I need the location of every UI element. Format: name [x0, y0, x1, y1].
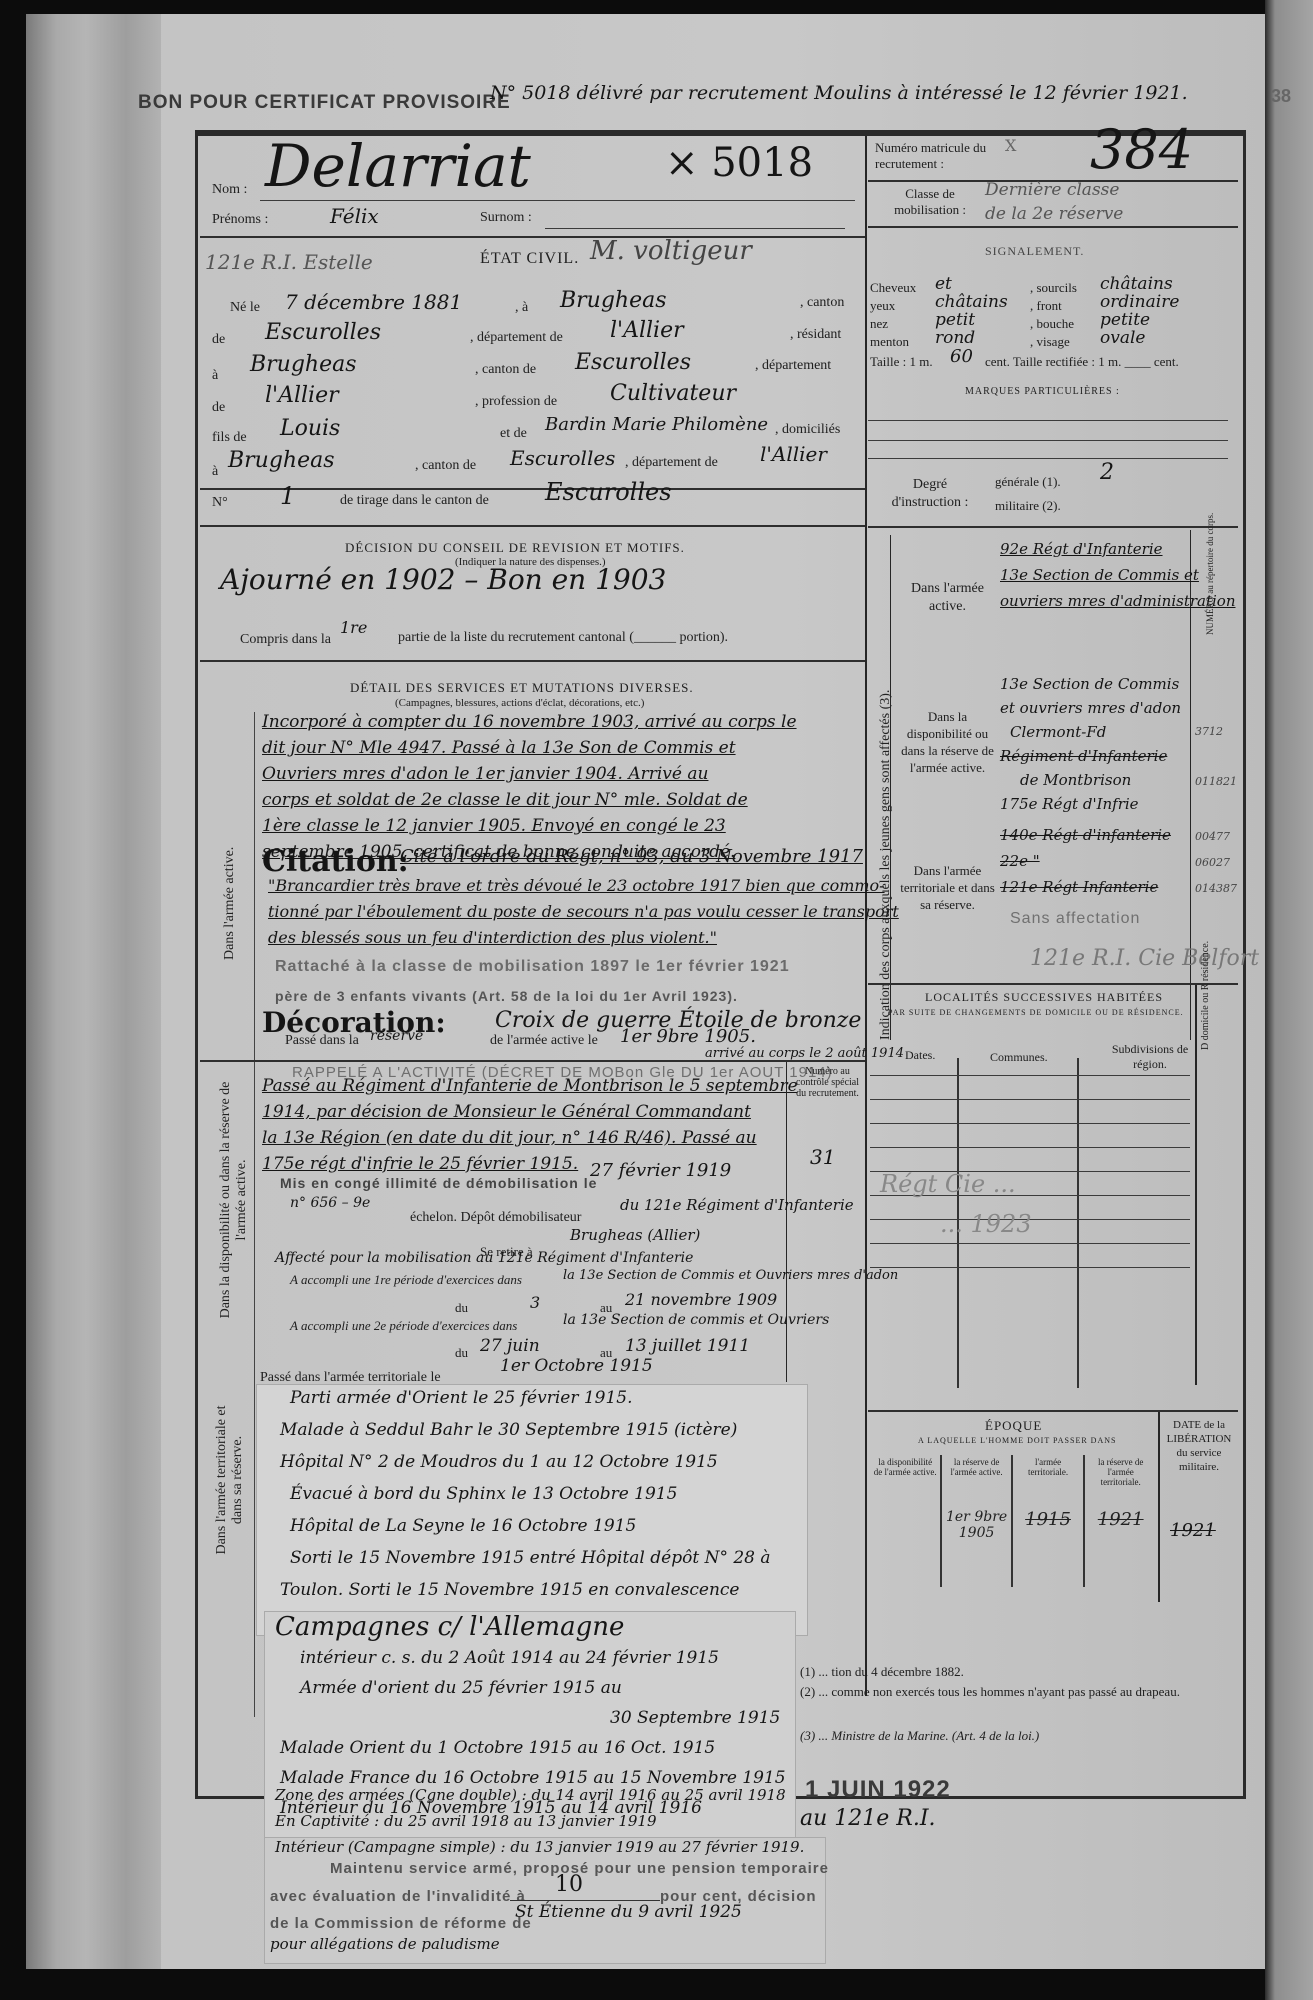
signalement-title: SIGNALEMENT.: [985, 244, 1084, 259]
periode1-du-label: du: [455, 1300, 468, 1316]
side-label-territoriale: Dans l'armée territoriale et dans sa rés…: [214, 1400, 246, 1560]
pension-line3-label: de la Commission de réforme de: [270, 1915, 532, 1932]
passe-label: Passé dans la: [285, 1033, 359, 1049]
compris-value: 1re: [340, 618, 367, 637]
campagne-captivite-line: En Captivité : du 25 avril 1918 au 13 ja…: [275, 1812, 657, 1830]
citation-line: des blessés sous un feu d'interdiction d…: [268, 928, 717, 947]
service-line: 1ère classe le 12 janvier 1905. Envoyé e…: [262, 816, 726, 836]
affectation-disponibilite-line: Clermont-Fd: [1010, 723, 1106, 741]
nom-value: Delarriat: [265, 132, 531, 200]
parents-canton-label: , canton de: [415, 458, 476, 474]
identity-divider: [200, 236, 865, 238]
instruction-generale-label: générale (1).: [995, 474, 1061, 490]
liberation-value: 1921: [1170, 1520, 1216, 1541]
services-divider: [200, 1060, 865, 1062]
matricule-value: 384: [1090, 118, 1193, 181]
etat-civil-note: M. voltigeur: [590, 236, 752, 266]
periode1-au: 21 novembre 1909: [625, 1290, 777, 1309]
tirage-no-label: N°: [212, 495, 228, 511]
yeux-value: châtains: [935, 292, 1008, 312]
instruction-militaire-label: militaire (2).: [995, 498, 1061, 514]
taille-value: 60: [950, 346, 973, 367]
residence-canton-label: , canton de: [475, 362, 536, 378]
father-name: Louis: [280, 416, 340, 441]
residant-label: , résidant: [790, 327, 841, 343]
campagne-captivite-line: Zone des armées (Cgne double) : du 14 av…: [275, 1786, 786, 1804]
pension-commission: St Étienne du 9 avril 1925: [515, 1902, 742, 1922]
pere-enfants-stamp: père de 3 enfants vivants (Art. 58 de la…: [275, 988, 738, 1004]
localites-col-dr: D domicile ou R résidence.: [1200, 941, 1211, 1050]
affectation-territoriale-line: 140e Régt d'infanterie: [1000, 826, 1171, 844]
birth-department: l'Allier: [610, 318, 684, 343]
citation-line: tionné par l'éboulement du poste de seco…: [268, 902, 899, 921]
tirage-canton: Escurolles: [545, 478, 672, 506]
service-line: Incorporé à compter du 16 novembre 1903,…: [262, 712, 797, 732]
parents-a-label: à: [212, 464, 218, 480]
liberation-label: DATE de la LIBÉRATION du service militai…: [1163, 1418, 1235, 1474]
pension-invalidity-value: 10: [555, 1872, 583, 1897]
services-subtitle: (Campagnes, blessures, actions d'éclat, …: [395, 697, 644, 709]
instruction-divider: [868, 526, 1238, 528]
affectation-side-label: Indication des corps auxquels les jeunes…: [878, 690, 894, 1040]
service-line: Ouvriers mres d'adon le 1er janvier 1904…: [262, 764, 708, 784]
domicilies-label: , domiciliés: [775, 422, 840, 438]
canton-de-label: de: [212, 332, 225, 348]
menton-value: rond: [935, 328, 975, 348]
front-value: ordinaire: [1100, 292, 1179, 312]
compris-label: Compris dans la: [240, 632, 331, 648]
footnote-1: (1) ... tion du 4 décembre 1882.: [800, 1664, 964, 1680]
localites-divider-2: [1077, 1058, 1079, 1388]
controle-divider: [786, 1062, 787, 1382]
facing-page-edge: 38: [1265, 0, 1313, 2000]
instruction-label: Degré d'instruction :: [880, 476, 980, 512]
localites-col-communes: Communes.: [990, 1050, 1048, 1065]
numero-repertoire-label: NUMÉRO au répertoire du corps.: [1205, 513, 1215, 635]
margin-note: 121e R.I. Estelle: [205, 250, 373, 274]
marques-rule-3: [868, 458, 1228, 459]
pension-line2-label: avec évaluation de l'invalidité à: [270, 1888, 526, 1905]
echelon-label: échelon. Dépôt démobilisateur: [410, 1210, 581, 1226]
marques-title: MARQUES PARTICULIÈRES :: [965, 386, 1120, 397]
campagne-line: Malade Orient du 1 Octobre 1915 au 16 Oc…: [280, 1738, 715, 1758]
echelon-value: n° 656 – 9e: [290, 1195, 370, 1211]
surnom-label: Surnom :: [480, 210, 532, 226]
affectation-active-line: 92e Régt d'Infanterie: [1000, 540, 1163, 558]
etat-civil-title: ÉTAT CIVIL.: [480, 250, 579, 268]
rattache-stamp: Rattaché à la classe de mobilisation 189…: [275, 958, 790, 976]
nom-label: Nom :: [212, 182, 247, 198]
parents-department: l'Allier: [760, 442, 827, 466]
menton-label: menton: [870, 334, 909, 350]
passe-value: réserve: [370, 1028, 423, 1044]
epoque-col-reserve-territoriale: la réserve de l'armée territoriale.: [1084, 1455, 1156, 1507]
taille-rectifiee-label: cent. Taille rectifiée : 1 m. ____ cent.: [985, 354, 1179, 370]
domicile-divider: [1195, 985, 1197, 1385]
born-label: Né le: [230, 300, 260, 316]
epoque-value-reserve-active: 1er 9bre 1905: [941, 1507, 1011, 1587]
visage-label: , visage: [1030, 334, 1070, 350]
service-line: dit jour N° Mle 4947. Passé à la 13e Son…: [262, 738, 736, 758]
residence-a-label: à: [212, 368, 218, 384]
footer-note: au 121e R.I.: [800, 1806, 936, 1831]
residence-canton: Escurolles: [575, 350, 691, 375]
localites-row-rule: [870, 1099, 1190, 1100]
affectation-disponibilite-line: de Montbrison: [1020, 771, 1131, 789]
retire-value: Brugheas (Allier): [570, 1226, 700, 1244]
localites-title: LOCALITÉS SUCCESSIVES HABITÉES: [925, 990, 1163, 1005]
campagne-line: Armée d'orient du 25 février 1915 au: [300, 1678, 622, 1698]
localites-row-rule: [870, 1243, 1190, 1244]
pension-reason: pour allégations de paludisme: [270, 1935, 500, 1953]
taille-label: Taille : 1 m.: [870, 354, 933, 370]
periode2-du-label: du: [455, 1345, 468, 1361]
parents-canton: Escurolles: [510, 446, 615, 470]
conge-label: Mis en congé illimité de démobilisation …: [280, 1175, 597, 1191]
slip-line: Parti armée d'Orient le 25 février 1915.: [290, 1388, 633, 1408]
territoriale-value: 1er Octobre 1915: [500, 1356, 653, 1376]
marques-rule-2: [868, 440, 1228, 441]
numero-controle-label: Numéro au contrôle spécial du recrutemen…: [790, 1066, 865, 1099]
nez-label: nez: [870, 316, 888, 332]
affectation-disponibilite-line: 175e Régt d'Infrie: [1000, 795, 1139, 813]
front-label: , front: [1030, 298, 1062, 314]
slip-line: Hôpital N° 2 de Moudros du 1 au 12 Octob…: [280, 1452, 718, 1472]
epoque-subtitle: A LAQUELLE L'HOMME DOIT PASSER DANS: [918, 1436, 1116, 1445]
birth-canton: Escurolles: [265, 320, 381, 345]
affectation-disponibilite-label: Dans la disponibilité ou dans la réserve…: [895, 708, 1000, 776]
affectation-territoriale-label: Dans l'armée territoriale et dans sa rés…: [895, 862, 1000, 913]
localites-subtitle: PAR SUITE DE CHANGEMENTS DE DOMICILE OU …: [888, 1008, 1184, 1017]
slip-line: Toulon. Sorti le 15 Novembre 1915 en con…: [280, 1580, 739, 1600]
territoriale-label: Passé dans l'armée territoriale le: [260, 1370, 441, 1386]
affectation-divider: [868, 983, 1238, 985]
repertoire-number: 06027: [1195, 856, 1230, 869]
residence-dept-de-label: de: [212, 400, 225, 416]
yeux-label: yeux: [870, 298, 895, 314]
repertoire-number: 3712: [1195, 725, 1223, 738]
localites-row-rule: [870, 1075, 1190, 1076]
book-binding: [26, 14, 161, 1969]
campagne-captivite-line: Intérieur (Campagne simple) : du 13 janv…: [275, 1838, 804, 1856]
services-title: DÉTAIL DES SERVICES ET MUTATIONS DIVERSE…: [350, 680, 694, 696]
bouche-value: petite: [1100, 310, 1150, 330]
residence-department: l'Allier: [265, 383, 339, 408]
classe-value-1: Dernière classe: [985, 180, 1119, 200]
rappel-line: la 13e Région (en date du dit jour, n° 1…: [262, 1128, 757, 1148]
compris-label-end: partie de la liste du recrutement canton…: [398, 630, 728, 646]
localites-col-dates: Dates.: [905, 1048, 935, 1063]
sourcils-value: châtains: [1100, 274, 1173, 294]
parents-place: Brugheas: [228, 448, 335, 473]
localites-row-rule: [870, 1267, 1190, 1268]
campagne-line: Malade France du 16 Octobre 1915 au 15 N…: [280, 1768, 786, 1788]
repertoire-number: 00477: [1195, 830, 1230, 843]
service-line: corps et soldat de 2e classe le dit jour…: [262, 790, 748, 810]
marques-rule-1: [868, 420, 1228, 421]
cheveux-value: et: [935, 274, 952, 294]
localites-faint-note-1: Régt Cie ...: [880, 1170, 1016, 1198]
residence-department-label: , département: [755, 358, 831, 374]
repertoire-number: 011821: [1195, 775, 1237, 788]
fils-de-label: fils de: [212, 430, 247, 446]
epoque-title: ÉPOQUE: [985, 1418, 1042, 1434]
nom-rule: [260, 200, 855, 201]
localites-row-rule: [870, 1123, 1190, 1124]
et-de-label: et de: [500, 426, 527, 442]
nom-annotation: × 5018: [665, 140, 813, 186]
facing-page-number: 38: [1271, 86, 1291, 107]
localites-faint-note-2: ... 1923: [940, 1210, 1032, 1238]
periode2-value: la 13e Section de commis et Ouvriers: [563, 1312, 829, 1328]
rappel-line: Passé au Régiment d'Infanterie de Montbr…: [262, 1076, 798, 1096]
citation-line: Cité à l'ordre du Régt, n° 93, du 3 Nove…: [400, 846, 863, 867]
bouche-label: , bouche: [1030, 316, 1074, 332]
periode2-label: A accompli une 2e période d'exercices da…: [290, 1318, 517, 1334]
slip-line: Malade à Seddul Bahr le 30 Septembre 191…: [280, 1420, 737, 1440]
classe-value-2: de la 2e réserve: [985, 204, 1123, 224]
rappel-line: 1914, par décision de Monsieur le Généra…: [262, 1102, 751, 1122]
pension-rule: [510, 1900, 660, 1901]
numero-controle-value: 31: [810, 1145, 835, 1169]
birth-place-label: , à: [515, 300, 528, 316]
passe-mid-label: de l'armée active le: [490, 1033, 598, 1049]
affectation-active-line: ouvriers mres d'administration: [1000, 592, 1236, 610]
instruction-generale-value: 2: [1100, 460, 1114, 485]
epoque-col-reserve-active: la réserve de l'armée active.: [941, 1455, 1011, 1507]
citation-label: Citation:: [262, 844, 409, 879]
periode2-au: 13 juillet 1911: [625, 1336, 750, 1356]
affectation-territoriale-line: 22e ": [1000, 852, 1040, 870]
side-label-active: Dans l'armée active.: [222, 847, 238, 960]
certificate-annotation: N° 5018 délivré par recrutement Moulins …: [490, 82, 1188, 104]
matricule-note: X: [1005, 136, 1016, 155]
epoque-value-reserve-territoriale: 1921: [1084, 1507, 1156, 1587]
affectation-disponibilite-line: 13e Section de Commis: [1000, 675, 1179, 693]
affectation-faint-note: 121e R.I. Cie Belfort: [1030, 946, 1259, 971]
footnote-3: (3) ... Ministre de la Marine. (Art. 4 d…: [800, 1728, 1039, 1744]
cheveux-label: Cheveux: [870, 280, 916, 296]
slip-line: Évacué à bord du Sphinx le 13 Octobre 19…: [290, 1484, 677, 1504]
decision-value: Ajourné en 1902 – Bon en 1903: [220, 563, 666, 596]
localites-col-subdivisions: Subdivisions de région.: [1110, 1042, 1190, 1072]
department-label: , département de: [470, 330, 563, 346]
affecte-note: Affecté pour la mobilisation au 121e Rég…: [275, 1250, 693, 1266]
classe-label: Classe de mobilisation :: [875, 186, 985, 218]
passe-date: 1er 9bre 1905.: [620, 1026, 756, 1047]
etat-civil-divider: [200, 488, 865, 490]
epoque-top-rule: [868, 1410, 1238, 1412]
parents-department-label: , département de: [625, 455, 718, 471]
side-label-disponibilite: Dans la disponibilité ou dans la réserve…: [218, 1060, 250, 1340]
periode1-value: la 13e Section de Commis et Ouvriers mre…: [563, 1268, 898, 1283]
nez-value: petit: [935, 310, 975, 330]
sourcils-label: , sourcils: [1030, 280, 1077, 296]
services-margin-line: [254, 712, 255, 1717]
affectation-territoriale-line: 121e Régt Infanterie: [1000, 878, 1158, 896]
periode2-du: 27 juin: [480, 1336, 540, 1356]
residence-place: Brugheas: [250, 352, 357, 377]
prenoms-value: Félix: [330, 204, 379, 228]
decision-divider: [200, 660, 865, 662]
birth-place: Brugheas: [560, 288, 667, 313]
affectation-disponibilite-line: et ouvriers mres d'adon: [1000, 699, 1181, 717]
tirage-divider: [200, 525, 865, 527]
date-stamp: 1 JUIN 1922: [805, 1776, 951, 1804]
epoque-col-territoriale: l'armée territoriale.: [1012, 1455, 1085, 1507]
surnom-rule: [545, 228, 845, 229]
epoque-table: la disponibilité de l'armée active. la r…: [870, 1455, 1156, 1587]
prenoms-label: Prénoms :: [212, 212, 268, 228]
rappel-line: 175e régt d'infrie le 25 février 1915.: [262, 1154, 578, 1174]
conge-value: 27 février 1919: [590, 1160, 731, 1181]
footnote-2: (2) ... comme non exercés tous les homme…: [800, 1684, 1180, 1700]
profession-label: , profession de: [475, 394, 557, 410]
profession: Cultivateur: [610, 381, 736, 406]
visage-value: ovale: [1100, 328, 1145, 348]
mother-name: Bardin Marie Philomène: [545, 414, 768, 435]
liberation-divider: [1158, 1412, 1160, 1602]
tirage-number: 1: [280, 482, 295, 510]
epoque-value-territoriale: 1915: [1012, 1507, 1085, 1587]
provisional-certificate-stamp: BON POUR CERTIFICAT PROVISOIRE: [138, 92, 511, 114]
sans-affectation-stamp: Sans affectation: [1010, 910, 1140, 928]
matricule-label: Numéro matricule du recrutement :: [875, 140, 995, 172]
affectation-active-line: 13e Section de Commis et: [1000, 566, 1199, 584]
affectation-margin-line: [890, 535, 891, 1040]
canton-label: , canton: [800, 295, 844, 311]
slip-line: Hôpital de La Seyne le 16 Octobre 1915: [290, 1516, 636, 1536]
periode1-label: A accompli une 1re période d'exercices d…: [290, 1272, 522, 1288]
epoque-col-disponibilite: la disponibilité de l'armée active.: [870, 1455, 941, 1507]
slip-line: Sorti le 15 Novembre 1915 entré Hôpital …: [290, 1548, 771, 1568]
periode1-du: 3: [530, 1293, 540, 1312]
birth-date: 7 décembre 1881: [285, 290, 462, 314]
citation-line: "Brancardier très brave et très dévoué l…: [268, 876, 885, 895]
decision-title: DÉCISION DU CONSEIL DE REVISION ET MOTIF…: [345, 540, 685, 556]
campagne-line: intérieur c. s. du 2 Août 1914 au 24 fév…: [300, 1648, 719, 1668]
arrive-note: arrivé au corps le 2 août 1914: [705, 1046, 904, 1061]
tirage-label: de tirage dans le canton de: [340, 493, 489, 509]
localites-row-rule: [870, 1147, 1190, 1148]
campagnes-title: Campagnes c/ l'Allemagne: [275, 1612, 624, 1642]
classe-divider: [868, 226, 1238, 228]
affectation-disponibilite-line: Régiment d'Infanterie: [1000, 747, 1167, 765]
depot-value: du 121e Régiment d'Infanterie: [620, 1196, 854, 1214]
affectation-active-label: Dans l'armée active.: [900, 580, 995, 616]
epoque-value-disponibilite: [870, 1507, 941, 1587]
campagne-line: 30 Septembre 1915: [610, 1708, 780, 1728]
repertoire-number: 014387: [1195, 882, 1237, 895]
